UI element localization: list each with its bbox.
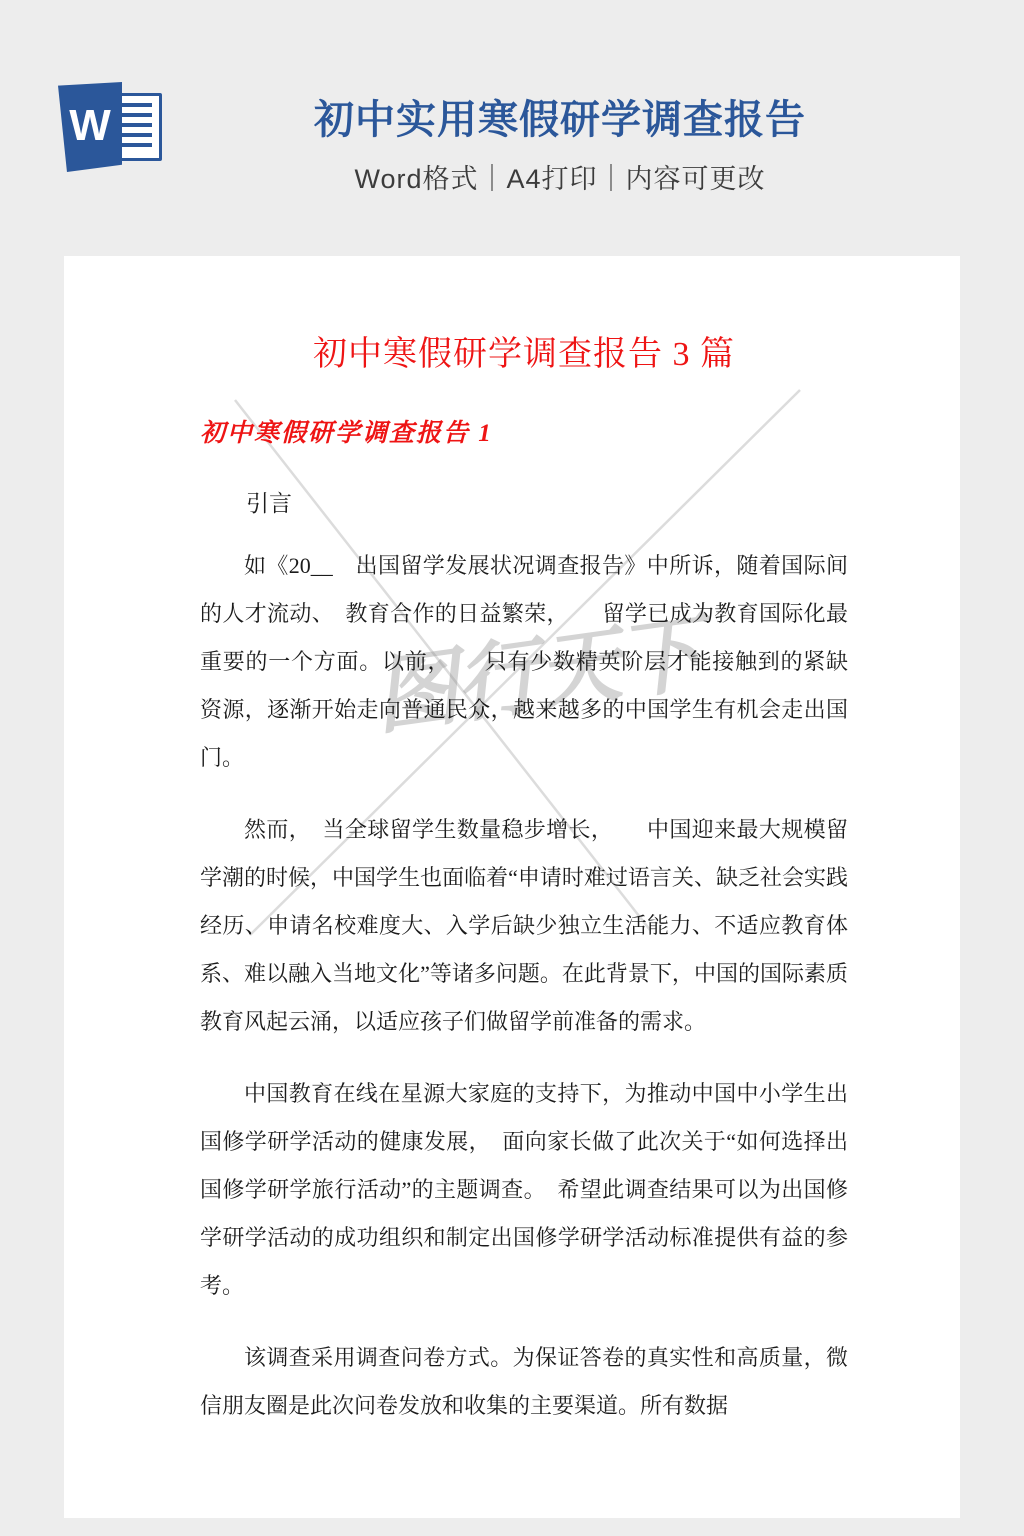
page-title: 初中实用寒假研学调查报告 <box>170 88 950 145</box>
paragraph-3: 中国教育在线在星源大家庭的支持下，为推动中国中小学生出国修学研学活动的健康发展，… <box>200 1070 848 1310</box>
paragraph-2: 然而， 当全球留学生数量稳步增长， 中国迎来最大规模留学潮的时候，中国学生也面临… <box>200 806 848 1046</box>
word-icon-panel: W <box>58 82 122 172</box>
document-content: 初中寒假研学调查报告 3 篇 初中寒假研学调查报告 1 引言 如《20__ 出国… <box>64 256 960 1430</box>
word-icon-letter: W <box>69 104 111 148</box>
screen: W 初中实用寒假研学调查报告 Word格式｜A4打印｜内容可更改 图行天下 初中… <box>0 0 1024 1536</box>
document-title: 初中寒假研学调查报告 3 篇 <box>200 326 848 375</box>
document-subtitle: 初中寒假研学调查报告 1 <box>200 413 848 449</box>
word-icon: W <box>58 82 162 172</box>
paragraph-4: 该调查采用调查问卷方式。为保证答卷的真实性和高质量，微信朋友圈是此次问卷发放和收… <box>200 1334 848 1430</box>
document-page: 图行天下 初中寒假研学调查报告 3 篇 初中寒假研学调查报告 1 引言 如《20… <box>64 256 960 1518</box>
header: W 初中实用寒假研学调查报告 Word格式｜A4打印｜内容可更改 <box>0 0 1024 256</box>
section-label: 引言 <box>200 485 848 518</box>
page-subtitle: Word格式｜A4打印｜内容可更改 <box>170 157 950 196</box>
paragraph-1: 如《20__ 出国留学发展状况调查报告》中所诉，随着国际间的人才流动、 教育合作… <box>200 542 848 782</box>
